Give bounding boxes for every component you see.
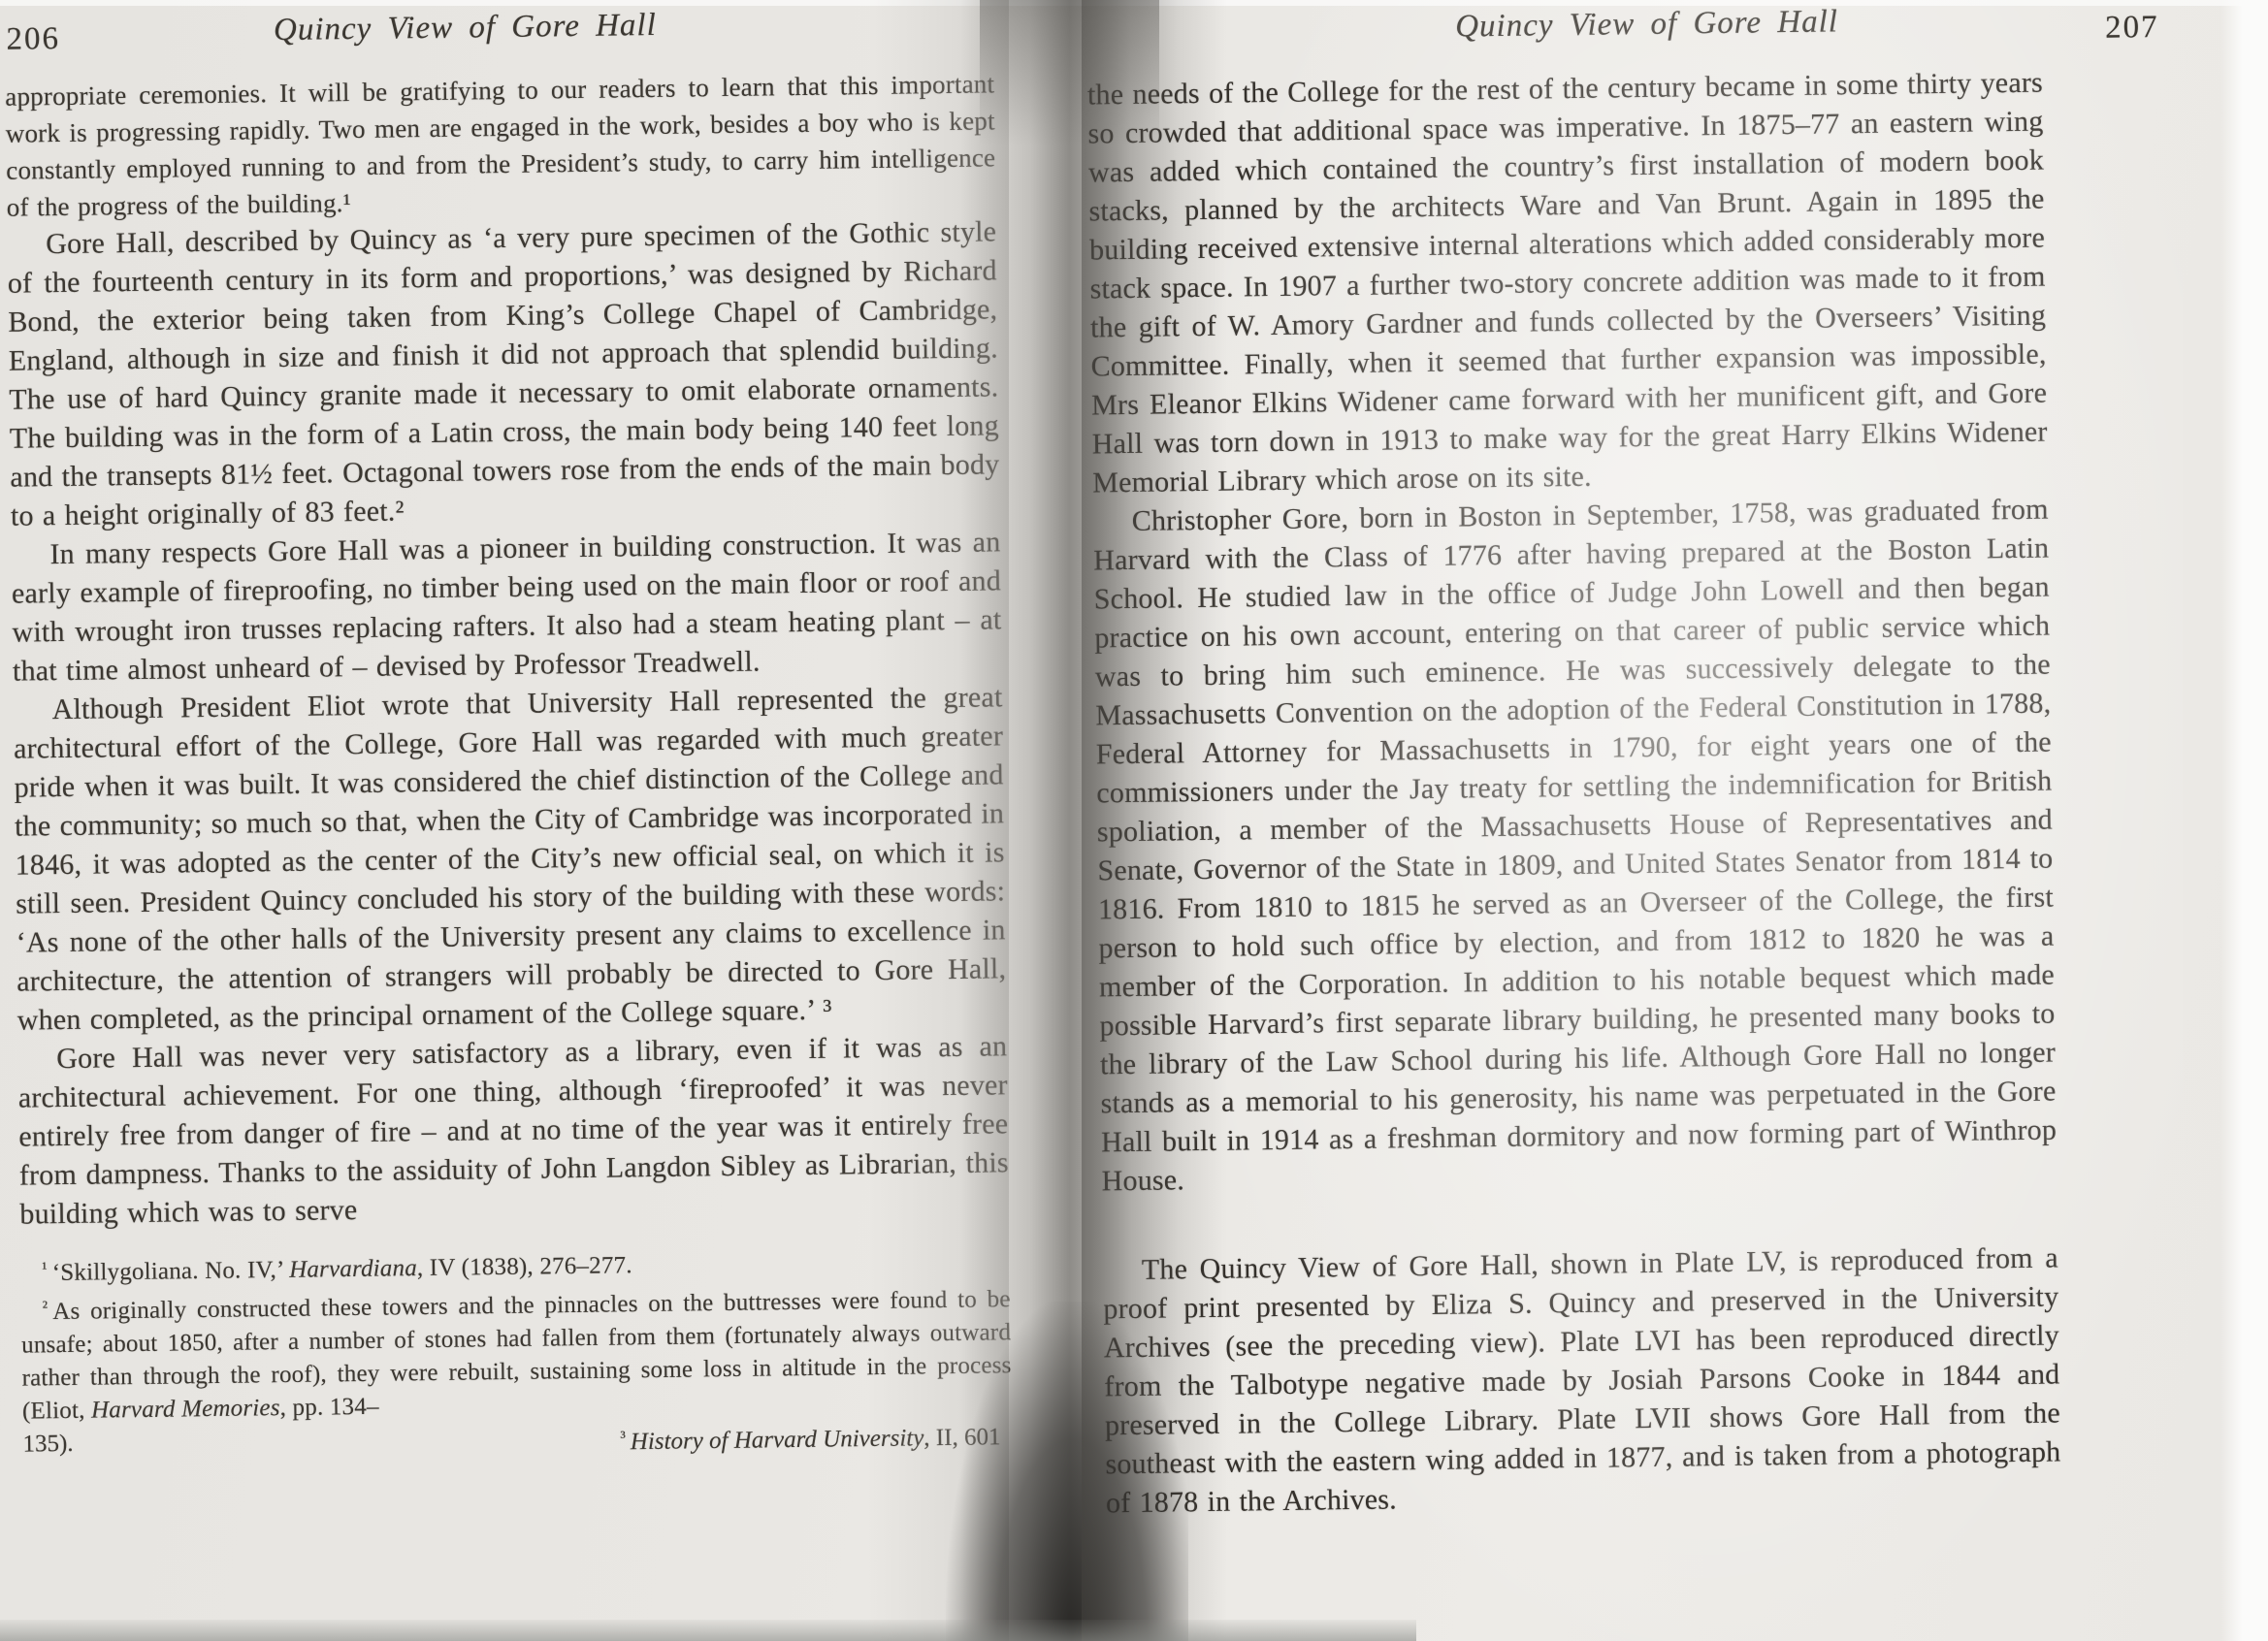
footnote-1-title: Harvardiana — [289, 1255, 417, 1283]
book-scan-spread: 206 Quincy View of Gore Hall appropriate… — [0, 0, 2268, 1641]
footnote-2-tail: , pp. 134– — [279, 1393, 378, 1420]
right-paragraph-1: the needs of the College for the rest of… — [1087, 64, 2049, 503]
right-page-header: Quincy View of Gore Hall 207 — [1086, 2, 2043, 65]
right-paragraph-2: Christopher Gore, born in Boston in Sept… — [1092, 491, 2057, 1202]
left-paragraph-5: Gore Hall was never very satisfactory as… — [17, 1027, 1010, 1234]
left-paragraph-3: In many respects Gore Hall was a pioneer… — [11, 523, 1002, 691]
footnote-1-tail: , IV (1838), 276–277. — [417, 1252, 632, 1281]
right-running-head: Quincy View of Gore Hall — [1086, 2, 2042, 50]
footnote-3-tail: , II, 601 — [923, 1424, 1001, 1451]
footnote-3-title: History of Harvard University — [631, 1425, 924, 1455]
left-running-head: Quincy View of Gore Hall — [4, 3, 993, 51]
footnote-1-text: ‘Skillygoliana. No. IV,’ — [52, 1257, 290, 1286]
footnote-3-marker: ³ — [620, 1427, 626, 1446]
footnotes-block: ¹‘Skillygoliana. No. IV,’ Harvardiana, I… — [20, 1239, 1013, 1466]
left-paragraph-1: appropriate ceremonies. It will be grati… — [5, 65, 996, 225]
left-paragraph-2: Gore Hall, described by Quincy as ‘a ver… — [7, 212, 1000, 535]
footnote-1-marker: ¹ — [42, 1258, 48, 1277]
page-right: Quincy View of Gore Hall 207 the needs o… — [1094, 8, 2050, 1517]
scan-right-edge — [2221, 0, 2268, 1641]
left-page-header: 206 Quincy View of Gore Hall — [4, 3, 994, 66]
footnote-2-title: Harvard Memories — [91, 1395, 280, 1424]
left-page-number: 206 — [6, 21, 60, 58]
footnote-2-marker: ² — [43, 1297, 49, 1316]
right-paragraph-3: The Quincy View of Gore Hall, shown in P… — [1103, 1239, 2062, 1523]
left-paragraph-4: Although President Eliot wrote that Univ… — [13, 678, 1007, 1040]
footnote-2-end: 135). — [22, 1428, 74, 1467]
page-left: 206 Quincy View of Gore Hall appropriate… — [12, 10, 1001, 1460]
footnote-2: ²As originally constructed these towers … — [20, 1277, 1012, 1428]
scan-bottom-band — [0, 1620, 1416, 1641]
footnote-3: ³History of Harvard University, II, 601 — [620, 1415, 1001, 1459]
right-page-number: 207 — [2105, 10, 2159, 47]
